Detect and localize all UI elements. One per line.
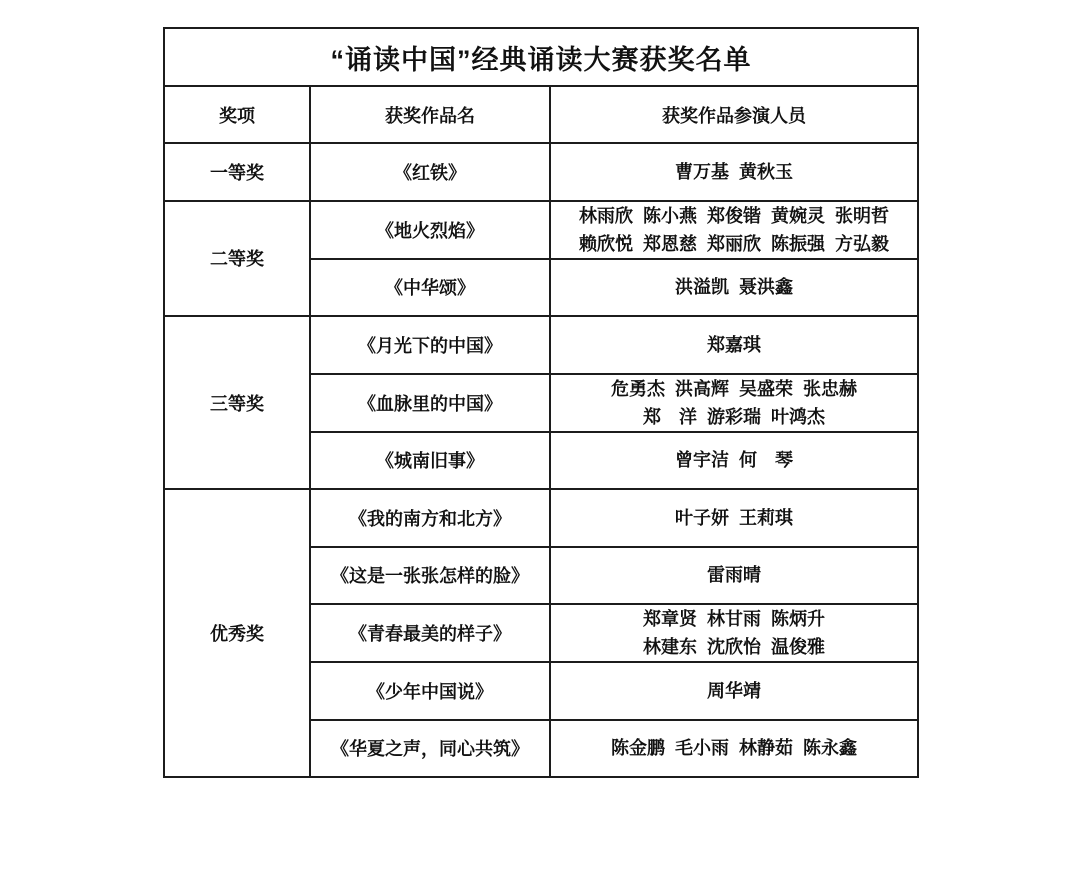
people-cell: 陈金鹏 毛小雨 林静茹 陈永鑫 [550, 720, 918, 778]
work-cell: 《青春最美的样子》 [310, 604, 550, 662]
work-cell: 《血脉里的中国》 [310, 374, 550, 432]
people-cell: 郑嘉琪 [550, 316, 918, 374]
people-cell: 周华靖 [550, 662, 918, 720]
table-row: 优秀奖 《我的南方和北方》 叶子妍 王莉琪 [164, 489, 918, 547]
header-work: 获奖作品名 [310, 86, 550, 143]
people-cell: 林雨欣 陈小燕 郑俊锴 黄婉灵 张明哲 赖欣悦 郑恩慈 郑丽欣 陈振强 方弘毅 [550, 201, 918, 259]
work-cell: 《少年中国说》 [310, 662, 550, 720]
award-cell-third-prize: 三等奖 [164, 316, 310, 489]
people-cell: 郑章贤 林甘雨 陈炳升 林建东 沈欣怡 温俊雅 [550, 604, 918, 662]
header-people: 获奖作品参演人员 [550, 86, 918, 143]
work-cell: 《这是一张张怎样的脸》 [310, 547, 550, 605]
header-row: 奖项 获奖作品名 获奖作品参演人员 [164, 86, 918, 143]
page: “诵读中国”经典诵读大赛获奖名单 奖项 获奖作品名 获奖作品参演人员 一等奖 《… [0, 0, 1080, 878]
work-cell: 《地火烈焰》 [310, 201, 550, 259]
people-cell: 洪溢凯 聂洪鑫 [550, 259, 918, 317]
people-cell: 曾宇洁 何 琴 [550, 432, 918, 490]
awards-table: “诵读中国”经典诵读大赛获奖名单 奖项 获奖作品名 获奖作品参演人员 一等奖 《… [163, 27, 919, 778]
header-award: 奖项 [164, 86, 310, 143]
award-cell-second-prize: 二等奖 [164, 201, 310, 317]
work-cell: 《中华颂》 [310, 259, 550, 317]
table-row: 三等奖 《月光下的中国》 郑嘉琪 [164, 316, 918, 374]
people-cell: 雷雨晴 [550, 547, 918, 605]
work-cell: 《华夏之声，同心共筑》 [310, 720, 550, 778]
people-cell: 危勇杰 洪高辉 吴盛荣 张忠赫 郑 洋 游彩瑞 叶鸿杰 [550, 374, 918, 432]
work-cell: 《城南旧事》 [310, 432, 550, 490]
work-cell: 《我的南方和北方》 [310, 489, 550, 547]
table-row: 一等奖 《红铁》 曹万基 黄秋玉 [164, 143, 918, 201]
people-cell: 叶子妍 王莉琪 [550, 489, 918, 547]
table-title: “诵读中国”经典诵读大赛获奖名单 [164, 28, 918, 86]
work-cell: 《红铁》 [310, 143, 550, 201]
award-cell-first-prize: 一等奖 [164, 143, 310, 201]
table-row: 二等奖 《地火烈焰》 林雨欣 陈小燕 郑俊锴 黄婉灵 张明哲 赖欣悦 郑恩慈 郑… [164, 201, 918, 259]
award-cell-excellence-prize: 优秀奖 [164, 489, 310, 777]
work-cell: 《月光下的中国》 [310, 316, 550, 374]
people-cell: 曹万基 黄秋玉 [550, 143, 918, 201]
title-row: “诵读中国”经典诵读大赛获奖名单 [164, 28, 918, 86]
